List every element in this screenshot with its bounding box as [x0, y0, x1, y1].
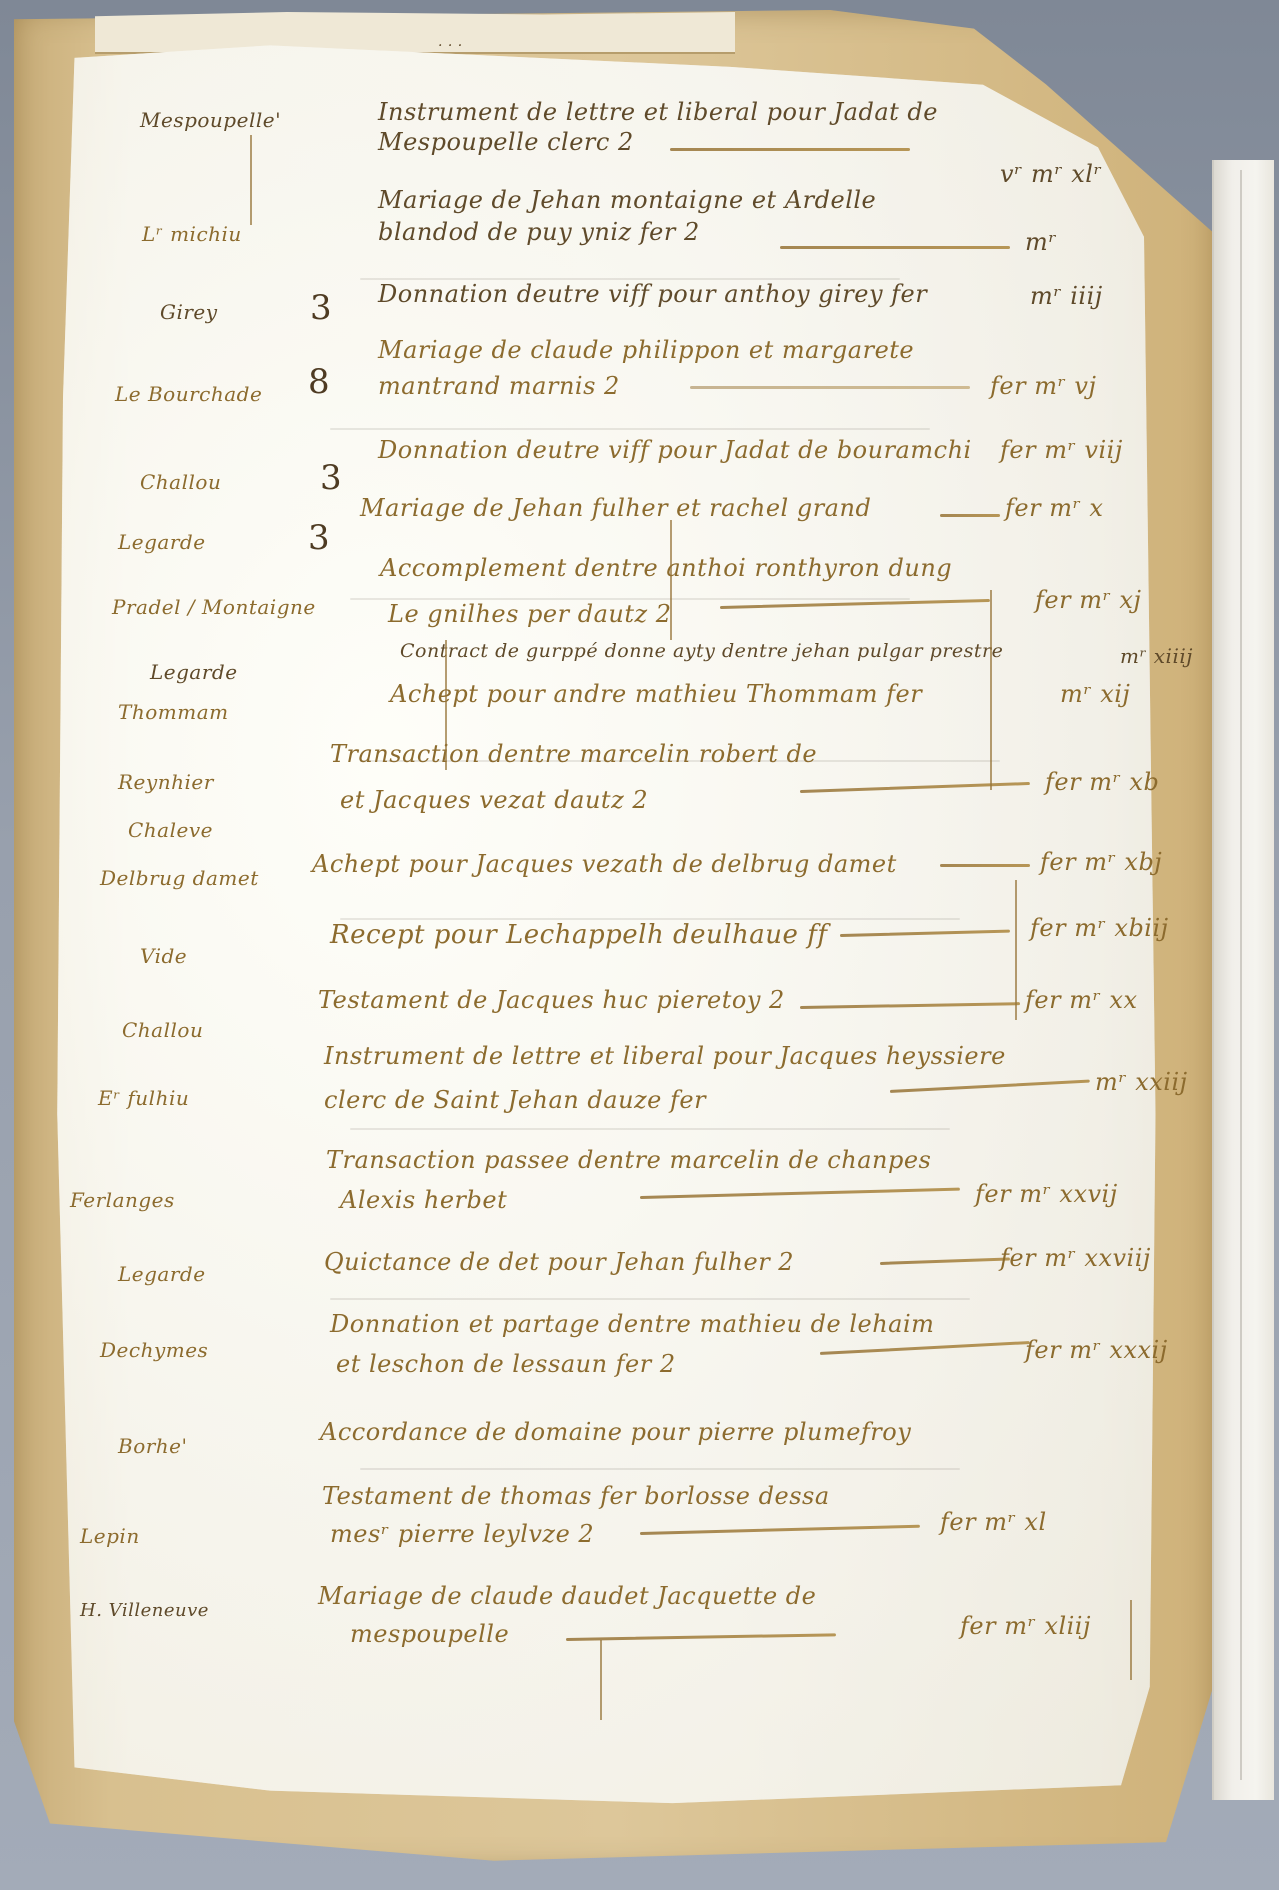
entry-line: Testament de thomas fer borlosse dessa: [322, 1482, 830, 1510]
entry-line: Contract de gurppé donne ayty dentre jeh…: [400, 640, 1003, 662]
fee-amount: fer mʳ xj: [1035, 586, 1141, 614]
margin-name: Challou: [140, 470, 221, 494]
margin-name: Dechymes: [100, 1338, 208, 1362]
entry-line: Accomplement dentre anthoi ronthyron dun…: [380, 554, 952, 582]
entry-line: Alexis herbet: [340, 1186, 507, 1214]
entry-line: mesʳ pierre leylvze 2: [330, 1520, 594, 1548]
fee-amount: mʳ xij: [1060, 680, 1130, 708]
margin-name: Legarde: [118, 530, 206, 554]
line-filler-stroke: [780, 246, 1010, 249]
line-filler-stroke: [690, 386, 970, 389]
entry-line: et leschon de lessaun fer 2: [336, 1350, 676, 1378]
line-filler-stroke: [940, 514, 1000, 517]
show-through-line: [330, 1298, 970, 1300]
entry-line: Achept pour Jacques vezath de delbrug da…: [312, 850, 897, 878]
entry-line: Mariage de claude daudet Jacquette de: [318, 1582, 816, 1610]
entry-line: clerc de Saint Jehan dauze fer: [324, 1086, 706, 1114]
line-filler-stroke: [940, 864, 1030, 867]
entry-line: et Jacques vezat dautz 2: [340, 786, 648, 814]
margin-name: Chaleve: [128, 818, 213, 842]
pen-stroke: [1130, 1600, 1132, 1680]
entry-line: Quictance de det pour Jehan fulher 2: [324, 1248, 794, 1276]
margin-name: Delbrug damet: [100, 866, 259, 890]
entry-line: Donnation deutre viff pour anthoy girey …: [378, 280, 927, 308]
fee-amount: fer mʳ xl: [940, 1508, 1047, 1536]
margin-name: Challou: [122, 1018, 203, 1042]
show-through-line: [350, 1128, 950, 1130]
fee-amount: fer mʳ xxviij: [1000, 1244, 1151, 1272]
entry-line: Instrument de lettre et liberal pour Jad…: [378, 98, 938, 126]
pen-stroke: [445, 640, 447, 770]
fee-amount: vʳ mʳ xlʳ: [1000, 160, 1102, 188]
pen-stroke: [250, 135, 252, 225]
entry-line: Instrument de lettre et liberal pour Jac…: [324, 1042, 1006, 1070]
entry-line: Mariage de claude philippon et margarete: [378, 336, 914, 364]
fee-amount: fer mʳ xbj: [1040, 848, 1162, 876]
margin-name: Pradel / Montaigne: [112, 596, 316, 618]
entry-line: Accordance de domaine pour pierre plumef…: [320, 1418, 911, 1446]
cover-top-flap: [95, 12, 735, 54]
margin-name: Legarde: [150, 660, 238, 684]
fee-amount: mʳ iiij: [1030, 282, 1103, 310]
entry-line: Recept pour Lechappelh deulhaue ff: [330, 920, 827, 950]
margin-name: Legarde: [118, 1262, 206, 1286]
margin-name: Lʳ michiu: [142, 222, 242, 246]
entry-line: Transaction passee dentre marcelin de ch…: [326, 1146, 931, 1174]
entry-line: Donnation et partage dentre mathieu de l…: [330, 1310, 934, 1338]
tally-mark: 3: [308, 518, 330, 558]
margin-name: Vide: [140, 944, 187, 968]
entry-line: Achept pour andre mathieu Thommam fer: [390, 680, 922, 708]
margin-name: Mespoupelle': [140, 108, 281, 132]
entry-line: Transaction dentre marcelin robert de: [330, 740, 817, 768]
show-through-line: [330, 428, 930, 430]
margin-name: Le Bourchade: [115, 382, 262, 406]
fee-amount: fer mʳ xx: [1025, 986, 1137, 1014]
pen-stroke: [670, 520, 672, 640]
margin-name: Lepin: [80, 1524, 140, 1548]
fee-amount: fer mʳ xbiij: [1030, 914, 1169, 942]
top-fragment-marks: · · ·: [438, 38, 463, 54]
entry-line: mespoupelle: [350, 1620, 509, 1648]
fee-amount: mʳ xiiij: [1120, 644, 1193, 668]
margin-name: Reynhier: [118, 770, 214, 794]
margin-name: Ferlanges: [70, 1188, 175, 1212]
fee-amount: fer mʳ xxvij: [975, 1180, 1118, 1208]
entry-line: Mariage de Jehan fulher et rachel grand: [360, 494, 871, 522]
tally-mark: 3: [320, 458, 342, 498]
fee-amount: fer mʳ xb: [1045, 768, 1159, 796]
entry-line: Le gnilhes per dautz 2: [388, 600, 672, 628]
entry-line: blandod de puy yniz fer 2: [378, 218, 700, 246]
fee-amount: mʳ xxiij: [1095, 1068, 1188, 1096]
fee-amount: fer mʳ xliij: [960, 1612, 1091, 1640]
margin-name: Borhe': [118, 1434, 188, 1458]
pen-stroke: [1015, 880, 1017, 1020]
pen-stroke: [600, 1640, 602, 1720]
margin-name: H. Villeneuve: [80, 1600, 209, 1621]
entry-line: mantrand marnis 2: [378, 372, 620, 400]
fee-amount: fer mʳ vj: [990, 372, 1096, 400]
show-through-line: [360, 1468, 960, 1470]
fee-amount: mʳ: [1025, 228, 1057, 256]
fee-amount: fer mʳ viij: [1000, 436, 1123, 464]
fee-amount: fer mʳ x: [1005, 494, 1103, 522]
margin-name: Girey: [160, 300, 218, 324]
tally-mark: 8: [308, 362, 330, 402]
leaf-crease: [1240, 170, 1242, 1780]
margin-name: Eʳ fulhiu: [98, 1086, 189, 1110]
tally-mark: 3: [310, 288, 332, 328]
fee-amount: fer mʳ xxxij: [1025, 1336, 1168, 1364]
entry-line: Mespoupelle clerc 2: [378, 128, 634, 156]
entry-line: Donnation deutre viff pour Jadat de bour…: [378, 436, 972, 464]
line-filler-stroke: [670, 148, 910, 151]
margin-name: Thommam: [118, 700, 229, 724]
entry-line: Testament de Jacques huc pieretoy 2: [318, 986, 785, 1014]
adjacent-leaf-edge: [1212, 160, 1274, 1800]
entry-line: Mariage de Jehan montaigne et Ardelle: [378, 186, 876, 214]
pen-stroke: [990, 590, 992, 790]
